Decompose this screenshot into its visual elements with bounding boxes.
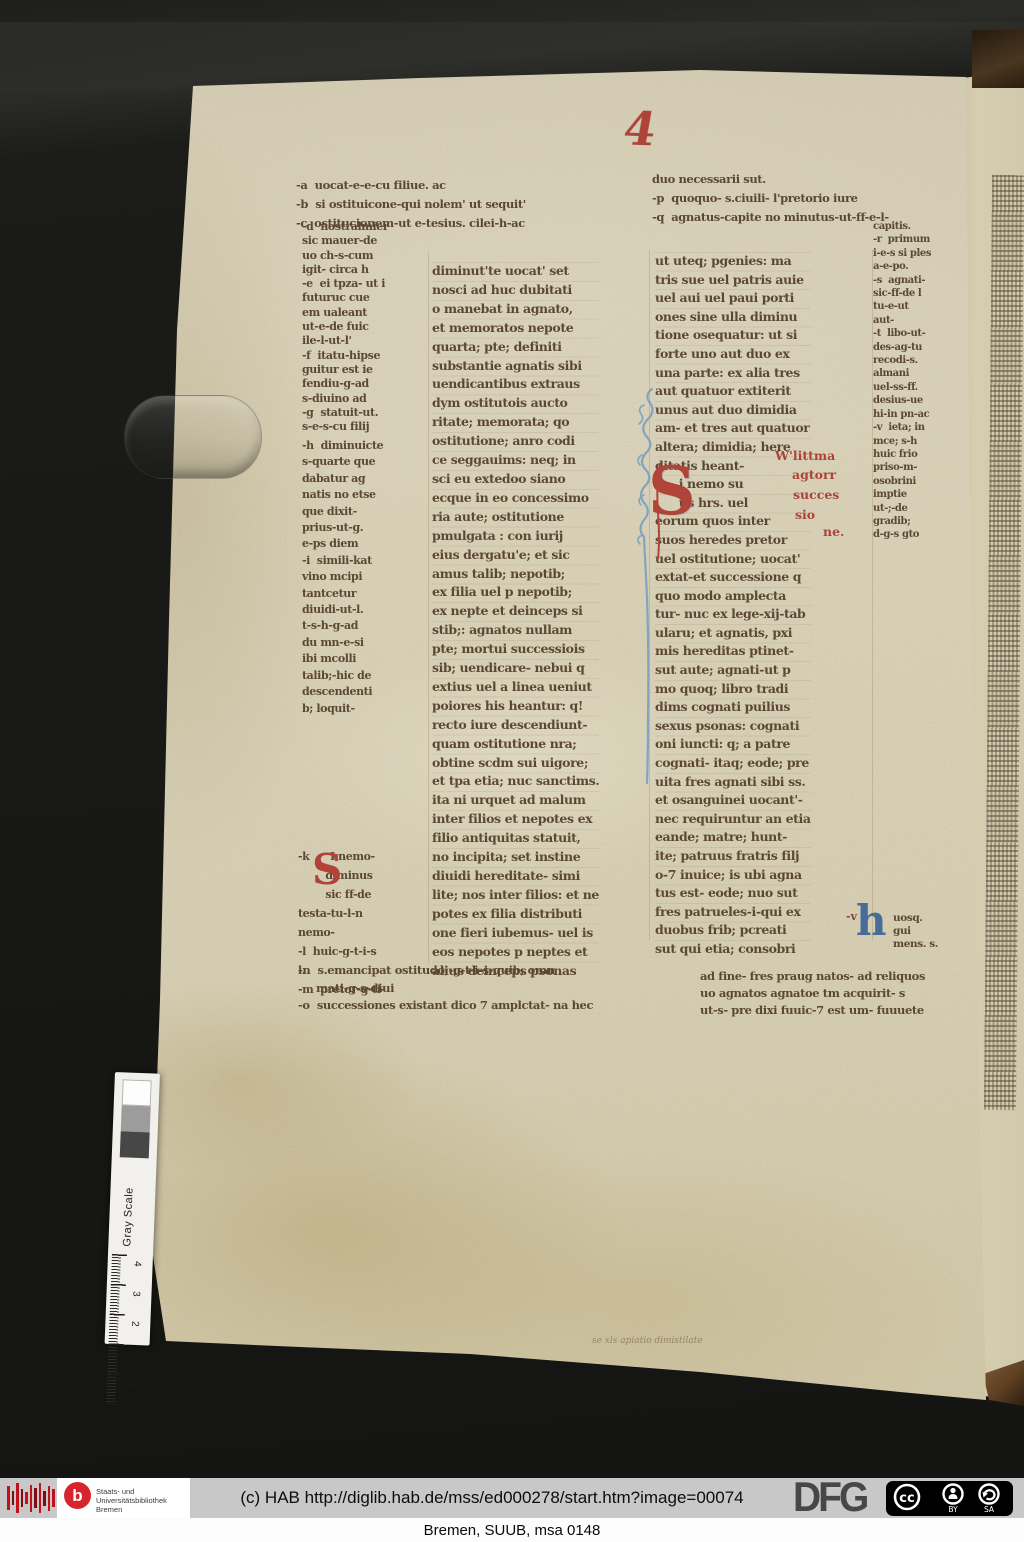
margin-initial-s: S	[312, 845, 342, 894]
text-line: duobus frib; pcreati	[655, 921, 811, 940]
caption-bar: b Staats- undUniversitätsbibliothekBreme…	[0, 1478, 1024, 1518]
text-line: 1	[118, 1346, 148, 1361]
text-line: ut-s- pre dixi fuuic-7 est um- fuuuete	[700, 1002, 925, 1019]
text-line: priso-m-	[873, 461, 931, 474]
folio-number-mark: 4	[619, 101, 660, 156]
copyright-url-text: (c) HAB http://diglib.hab.de/mss/ed00027…	[200, 1478, 784, 1518]
text-line: 4	[121, 1256, 151, 1271]
gray-scale-patches	[120, 1079, 152, 1158]
text-line: Bremen	[96, 1505, 167, 1514]
text-line: quo modo amplecta	[655, 587, 811, 606]
text-line: -d nostralmier	[302, 220, 388, 234]
text-line: ut-;-de	[873, 502, 931, 515]
text-line: huic frio	[873, 448, 931, 461]
text-line: guitur est ie	[302, 363, 388, 377]
text-line: -o successiones existant dico 7 amplctat…	[298, 997, 593, 1015]
text-line: osobrini	[873, 475, 931, 488]
column-rule-left	[428, 252, 429, 964]
text-line: 2	[119, 1316, 149, 1331]
text-line: nosci ad huc dubitati	[432, 281, 599, 300]
text-line: unus aut duo dimidia	[655, 401, 811, 420]
text-line: diuidi-ut-l.	[302, 602, 383, 618]
text-line: potes ex filia distributi	[432, 905, 599, 924]
gloss-bottom-right: ad fine- fres praug natos- ad reliquosuo…	[700, 968, 925, 1019]
text-line: et memoratos nepote	[432, 319, 599, 338]
ruler-numbers: 43210	[125, 1249, 145, 1398]
text-line: sib; uendicare- nebui q	[432, 659, 599, 678]
text-line: sic mauer-de	[302, 234, 388, 248]
text-line: sut aute; agnati-ut p	[655, 661, 811, 680]
text-line: 3	[120, 1286, 150, 1301]
rubric-word: agtorr	[792, 467, 836, 482]
text-line: diuidi hereditate- simi	[432, 867, 599, 886]
text-line: -l huic-g-t-i-s	[298, 942, 385, 961]
text-line: ex filia uel p nepotib;	[432, 583, 599, 602]
text-line: uendicantibus extraus	[432, 375, 599, 394]
text-line: ad fine- fres praug natos- ad reliquos	[700, 968, 925, 985]
text-line: desius-ue	[873, 394, 931, 407]
text-line: -g statuit-ut.	[302, 406, 388, 420]
text-line: ularu; et agnatis, pxi	[655, 624, 811, 643]
text-line: una parte: ex alia tres	[655, 364, 811, 383]
text-line: pmulgata : con iurij	[432, 527, 599, 546]
text-line: testa-tu-l-n	[298, 904, 385, 923]
library-barcode-logo	[7, 1483, 55, 1513]
text-line: et tpa etia; nuc sanctims.	[432, 772, 599, 791]
text-line: -p quoquo- s.ciuili- l'pretorio iure	[652, 189, 889, 208]
margin-marker-v: -v	[846, 910, 857, 923]
text-line: nemo-	[298, 923, 385, 942]
text-line: s-diuino ad	[302, 392, 388, 406]
rubric-word: succes	[793, 487, 839, 502]
gloss-left-margin-upper: -d nostralmiersic mauer-deuo ch-s-cumigi…	[302, 220, 388, 434]
text-line: -h diminuicte	[302, 438, 383, 454]
text-line: igit- circa h	[302, 263, 388, 277]
text-line: tus est- eode; nuo sut	[655, 884, 811, 903]
text-line: diminut'te uocat' set	[432, 262, 599, 281]
text-line: ex nepte et deinceps si	[432, 602, 599, 621]
text-line: obtine scdm sui uigore;	[432, 754, 599, 773]
text-line: i-e-s si ples	[873, 247, 931, 260]
text-line: almani	[873, 367, 931, 380]
gloss-right-h-note: uosq.guimens. s.	[893, 912, 938, 951]
text-line: uel aui uel paui porti	[655, 289, 811, 308]
blue-initial-h: h	[856, 896, 887, 945]
text-line: tur- nuc ex lege-xij-tab	[655, 605, 811, 624]
text-line: hi-in pn-ac	[873, 408, 931, 421]
text-line: ut-e-de fuic	[302, 320, 388, 334]
text-line: forte uno aut duo ex	[655, 345, 811, 364]
text-line: ecque in eo concessimo	[432, 489, 599, 508]
text-line: am- et tres aut quatuor	[655, 419, 811, 438]
text-line: uel-ss-ff.	[873, 381, 931, 394]
text-line: aut quatuor extiterit	[655, 382, 811, 401]
text-line: -f itatu-hipse	[302, 349, 388, 363]
patch-mid-gray	[121, 1105, 151, 1132]
text-line: tantcetur	[302, 586, 383, 602]
dfg-logo: DFG	[793, 1474, 866, 1522]
text-line: sci eu extedoo siano	[432, 470, 599, 489]
text-line: sic-ff-de l	[873, 287, 931, 300]
text-line: -b si ostituicone-qui nolem' ut sequit'	[296, 195, 526, 214]
svg-text:BY: BY	[948, 1505, 958, 1514]
text-line: amus talib; nepotib;	[432, 565, 599, 584]
text-line: duo necessarii sut.	[652, 170, 889, 189]
main-text-column-left: diminut'te uocat' setnosci ad huc dubita…	[432, 262, 599, 980]
text-line: ut uteq; pgenies: ma	[655, 252, 811, 271]
text-line: talib;-hic de	[302, 668, 383, 684]
text-line: tris sue uel patris auie	[655, 271, 811, 290]
text-line: -i simili-kat	[302, 553, 383, 569]
bottom-caption-bar: Bremen, SUUB, msa 0148	[0, 1518, 1024, 1542]
text-line: mati-g-s-diui	[298, 980, 593, 998]
text-line: quam ostitutione nra;	[432, 735, 599, 754]
text-line: recodi-s.	[873, 354, 931, 367]
text-line: oni iuncti: q; a patre	[655, 735, 811, 754]
text-line: des-ag-tu	[873, 341, 931, 354]
text-line: -q agnatus-capite no minutus-ut-ff-e-l-	[652, 208, 889, 227]
text-line: no incipita; set instine	[432, 848, 599, 867]
photo-stage: 4 -a uocat-e-e-cu filiue. ac-b si ostitu…	[0, 0, 1024, 1542]
bremen-b-icon: b	[64, 1482, 91, 1509]
text-line: quarta; pte; definiti	[432, 338, 599, 357]
text-line: ile-l-ut-l'	[302, 334, 388, 348]
text-line: imptie	[873, 488, 931, 501]
text-line: 0	[117, 1375, 147, 1390]
text-line: mce; s-h	[873, 435, 931, 448]
text-line: -e ei tpza- ut i	[302, 277, 388, 291]
text-line: prius-ut-g.	[302, 520, 383, 536]
main-text-column-right: ut uteq; pgenies: matris sue uel patris …	[655, 252, 811, 959]
text-line: sexus psonas: cognati	[655, 717, 811, 736]
text-line: poiores his heantur: q!	[432, 697, 599, 716]
text-line: fres patrueles-i-qui ex	[655, 903, 811, 922]
text-line: mis hereditas ptinet-	[655, 642, 811, 661]
decorated-initial-s: S	[648, 452, 696, 530]
text-line: tu-e-ut	[873, 300, 931, 313]
text-line: recto iure descendiunt-	[432, 716, 599, 735]
sa-arrow-icon: SA	[980, 1485, 999, 1515]
text-line: ria aute; ostitutione	[432, 508, 599, 527]
cc-by-sa-icons: cc BY SA	[887, 1482, 1011, 1514]
text-line: tione osequatur: ut si	[655, 326, 811, 345]
next-page-marginalia-texture	[984, 175, 1024, 1110]
text-line: extius uel a linea ueniut	[432, 678, 599, 697]
text-line: extat-et successione q	[655, 568, 811, 587]
text-line: lite; nos inter filios: et ne	[432, 886, 599, 905]
patch-dark-gray	[120, 1131, 150, 1158]
by-person-icon: BY	[944, 1485, 963, 1515]
text-line: fendiu-g-ad	[302, 377, 388, 391]
text-line: o-7 inuice; is ubi agna	[655, 866, 811, 885]
text-line: pte; mortui successiois	[432, 640, 599, 659]
text-line: inter filios et nepotes ex	[432, 810, 599, 829]
text-line: eande; matre; hunt-	[655, 828, 811, 847]
bremen-library-name: Staats- undUniversitätsbibliothekBremen	[96, 1487, 167, 1514]
text-line: ibi mcolli	[302, 651, 383, 667]
text-line: eos nepotes p neptes et	[432, 943, 599, 962]
text-line: uo ch-s-cum	[302, 249, 388, 263]
text-line: one fieri iubemus- uel is	[432, 924, 599, 943]
gloss-top-right: duo necessarii sut.-p quoquo- s.ciuili- …	[652, 170, 889, 227]
text-line: dims cognati puilius	[655, 698, 811, 717]
text-line: uita fres agnati sibi ss.	[655, 773, 811, 792]
text-line: mens. s.	[893, 938, 938, 951]
text-line: a-e-po.	[873, 260, 931, 273]
text-line: cognati- itaq; eode; pre	[655, 754, 811, 773]
text-line: capitis.	[873, 220, 931, 233]
text-line: sut qui etia; consobri	[655, 940, 811, 959]
glass-rod-page-holder	[124, 395, 262, 479]
gray-scale-label: Gray Scale	[121, 1168, 136, 1246]
cc-icon: cc	[899, 1491, 914, 1506]
rubric-word: sio	[795, 507, 815, 522]
text-line: filio antiquitas statuit,	[432, 829, 599, 848]
text-line: ones sine ulla diminu	[655, 308, 811, 327]
bremen-library-logo: b Staats- undUniversitätsbibliothekBreme…	[57, 1478, 190, 1521]
text-line: et osanguinei uocant'-	[655, 791, 811, 810]
text-line: ostitutione; anro codi	[432, 432, 599, 451]
faded-bottom-inscription: se xls apiatio dimistilate	[592, 1336, 703, 1346]
text-line: ritate; memorata; qo	[432, 413, 599, 432]
text-line: -t libo-ut-	[873, 327, 931, 340]
text-line: que dixit-	[302, 504, 383, 520]
text-line: em ualeant	[302, 306, 388, 320]
text-line: substantie agnatis sibi	[432, 357, 599, 376]
text-line: o manebat in agnato,	[432, 300, 599, 319]
text-line: vino mcipi	[302, 569, 383, 585]
text-line: uo agnatos agnatoe tm acquirit- s	[700, 985, 925, 1002]
text-line: d-g-s gto	[873, 528, 931, 541]
text-line: nec requiruntur an etia	[655, 810, 811, 829]
gloss-bottom-wide: -n s.emancipat ostitudo;-g-t-i-s-quib; o…	[298, 962, 593, 1015]
text-line: s-e-s-cu filij	[302, 420, 388, 434]
text-line: futuruc cue	[302, 291, 388, 305]
text-line: -v ieta; in	[873, 421, 931, 434]
patch-white	[122, 1079, 152, 1106]
text-line: ce seggauims: neq; in	[432, 451, 599, 470]
text-line: ite; patruus fratris filj	[655, 847, 811, 866]
text-line: s-quarte que	[302, 454, 383, 470]
rubric-word: ne.	[823, 524, 844, 539]
text-line: Universitätsbibliothek	[96, 1496, 167, 1505]
binding-top-corner	[972, 30, 1024, 88]
text-line: eius dergatu'e; et sic	[432, 546, 599, 565]
text-line: du mn-e-si	[302, 635, 383, 651]
text-line: t-s-h-g-ad	[302, 618, 383, 634]
text-line: mo quoq; libro tradi	[655, 680, 811, 699]
text-line: uel ostitutione; uocat'	[655, 550, 811, 569]
text-line: -n s.emancipat ostitudo;-g-t-i-s-quib; o…	[298, 962, 593, 980]
text-line: descendenti	[302, 684, 383, 700]
text-line: stib;: agnatos nullam	[432, 621, 599, 640]
text-line: -r primum	[873, 233, 931, 246]
gloss-left-margin-lower: -h diminuictes-quarte quedabatur agnatis…	[302, 438, 383, 717]
column-rule-center	[649, 250, 650, 940]
text-line: ita ni urquet ad malum	[432, 791, 599, 810]
text-line: dym ostitutois aucto	[432, 394, 599, 413]
text-line: gui	[893, 925, 938, 938]
ruler-scale: 43210	[106, 1254, 149, 1407]
svg-text:SA: SA	[984, 1505, 995, 1514]
text-line: aut-	[873, 314, 931, 327]
shelfmark-caption: Bremen, SUUB, msa 0148	[424, 1522, 601, 1539]
text-line: uosq.	[893, 912, 938, 925]
text-line: -a uocat-e-e-cu filiue. ac	[296, 176, 526, 195]
text-line: Staats- und	[96, 1487, 167, 1496]
text-line: natis no etse	[302, 487, 383, 503]
cc-by-sa-badge: cc BY SA	[886, 1481, 1013, 1516]
text-line: gradib;	[873, 515, 931, 528]
rubric-word: W'littma	[775, 448, 835, 463]
text-line: suos heredes pretor	[655, 531, 811, 550]
gloss-right-margin: capitis.-r primumi-e-s si plesa-e-po.-s …	[873, 220, 931, 542]
text-line: e-ps diem	[302, 536, 383, 552]
text-line: b; loquit-	[302, 701, 383, 717]
text-line: -s agnati-	[873, 274, 931, 287]
text-line: dabatur ag	[302, 471, 383, 487]
